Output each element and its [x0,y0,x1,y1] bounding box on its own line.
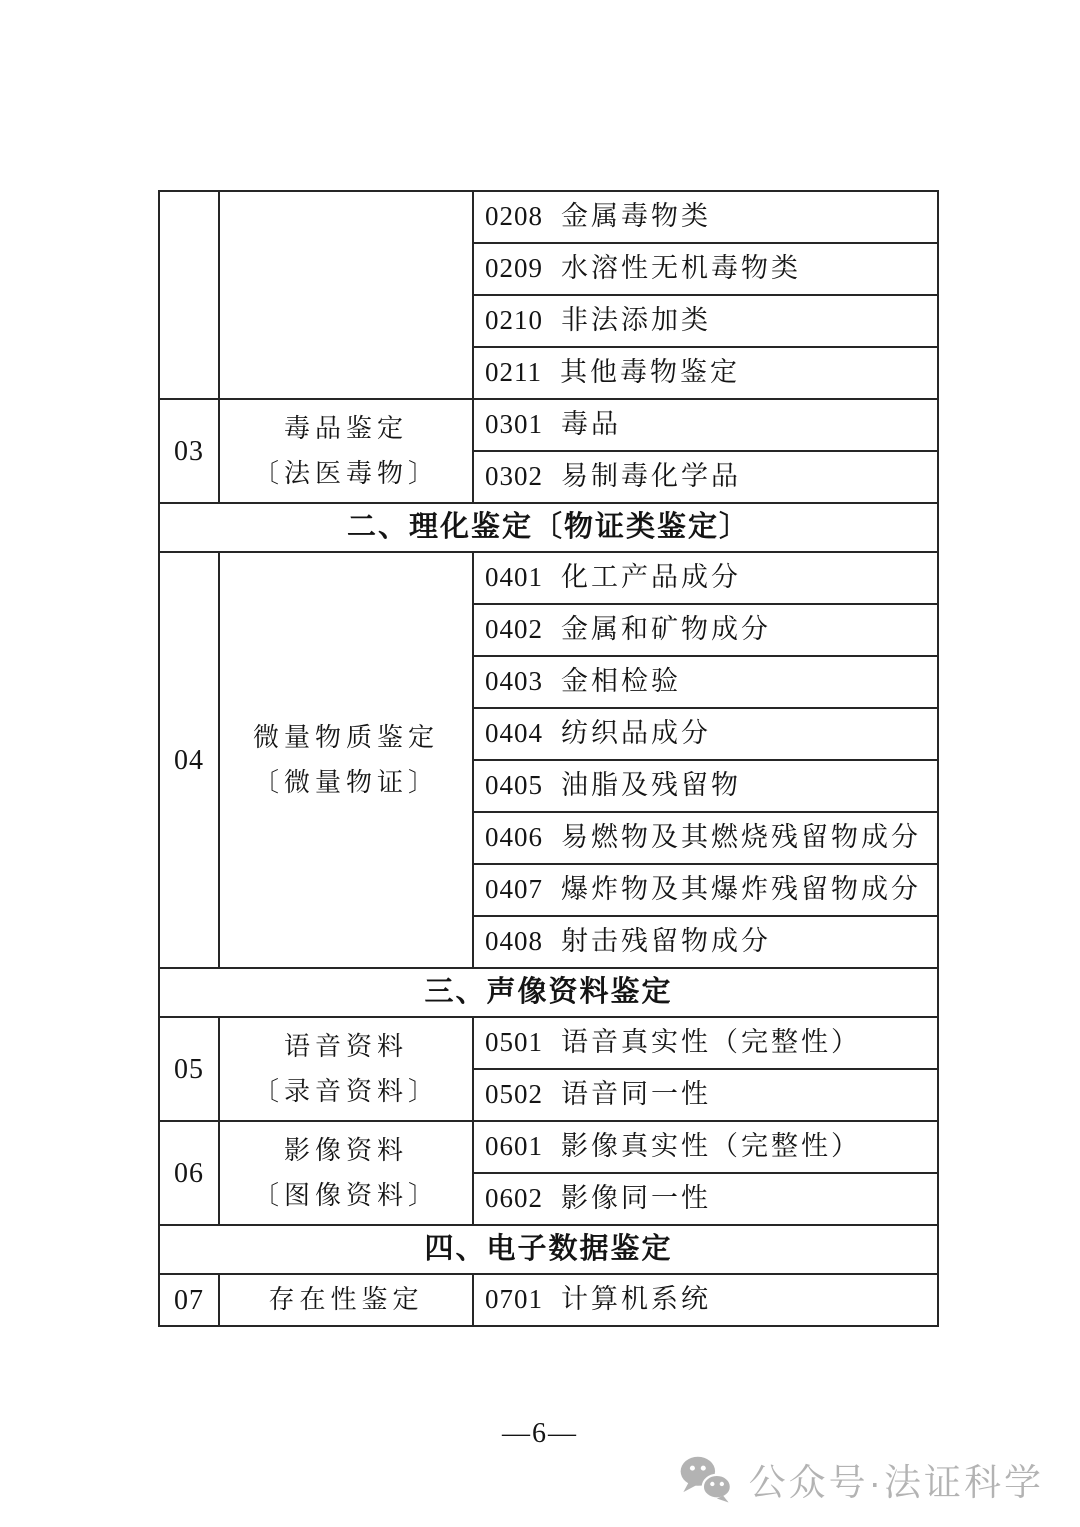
item-label: 金属和矿物成分 [561,614,771,644]
group-category-cell: 语音资料 〔录音资料〕 [219,1017,473,1121]
table-row: 0208金属毒物类 [159,191,938,243]
group-index-cell: 04 [159,552,219,968]
wechat-icon [677,1455,735,1503]
item-label: 影像真实性（完整性） [561,1131,861,1161]
item-label: 影像同一性 [561,1183,711,1213]
category-line: 影像资料 [220,1128,472,1174]
code-cell: 0501语音真实性（完整性） [473,1017,938,1069]
code-cell: 0406易燃物及其燃烧残留物成分 [473,812,938,864]
item-label: 化工产品成分 [561,562,741,592]
code-cell: 0301毒品 [473,399,938,451]
item-label: 语音同一性 [561,1079,711,1109]
item-label: 易制毒化学品 [561,461,741,491]
code-cell: 0601影像真实性（完整性） [473,1121,938,1173]
code-cell: 0701计算机系统 [473,1274,938,1326]
item-code: 0407 [485,873,543,907]
watermark: 公众号·法证科学 [677,1452,1044,1506]
code-cell: 0403金相检验 [473,656,938,708]
category-line: 微量物质鉴定 [220,715,472,761]
item-label: 非法添加类 [561,305,711,335]
item-code: 0302 [485,460,543,494]
item-label: 射击残留物成分 [561,926,771,956]
table-row: 05 语音资料 〔录音资料〕 0501语音真实性（完整性） [159,1017,938,1069]
page-number: —6— [0,1418,1080,1450]
item-code: 0701 [485,1283,543,1317]
continuation-category-cell [219,191,473,399]
code-cell: 0401化工产品成分 [473,552,938,604]
item-code: 0210 [485,304,543,338]
code-cell: 0210非法添加类 [473,295,938,347]
item-code: 0404 [485,717,543,751]
group-index-cell: 05 [159,1017,219,1121]
item-code: 0601 [485,1130,543,1164]
item-code: 0401 [485,561,543,595]
category-line: 〔录音资料〕 [220,1069,472,1115]
group-index-cell: 06 [159,1121,219,1225]
item-label: 计算机系统 [561,1284,711,1314]
code-cell: 0402金属和矿物成分 [473,604,938,656]
item-code: 0208 [485,200,543,234]
item-code: 0209 [485,252,543,286]
code-cell: 0404纺织品成分 [473,708,938,760]
category-line: 〔微量物证〕 [220,760,472,806]
item-code: 0502 [485,1078,543,1112]
item-label: 爆炸物及其爆炸残留物成分 [561,874,921,904]
section-header-row: 四、电子数据鉴定 [159,1225,938,1274]
item-label: 易燃物及其燃烧残留物成分 [561,822,921,852]
group-category-cell: 影像资料 〔图像资料〕 [219,1121,473,1225]
watermark-text: 公众号·法证科学 [749,1452,1044,1506]
table-row: 06 影像资料 〔图像资料〕 0601影像真实性（完整性） [159,1121,938,1173]
code-cell: 0502语音同一性 [473,1069,938,1121]
code-cell: 0405油脂及残留物 [473,760,938,812]
code-cell: 0211其他毒物鉴定 [473,347,938,399]
item-label: 毒品 [561,409,621,439]
table-row: 03 毒品鉴定 〔法医毒物〕 0301毒品 [159,399,938,451]
group-category-cell: 毒品鉴定 〔法医毒物〕 [219,399,473,503]
item-label: 油脂及残留物 [561,770,741,800]
table-row: 07 存在性鉴定 0701计算机系统 [159,1274,938,1326]
code-cell: 0408射击残留物成分 [473,916,938,968]
item-code: 0406 [485,821,543,855]
item-code: 0501 [485,1026,543,1060]
group-index-cell: 03 [159,399,219,503]
section-header-row: 二、理化鉴定〔物证类鉴定〕 [159,503,938,552]
code-cell: 0602影像同一性 [473,1173,938,1225]
category-line: 存在性鉴定 [220,1277,472,1323]
item-code: 0301 [485,408,543,442]
code-cell: 0302易制毒化学品 [473,451,938,503]
group-category-cell: 存在性鉴定 [219,1274,473,1326]
continuation-index-cell [159,191,219,399]
item-code: 0602 [485,1182,543,1216]
item-code: 0405 [485,769,543,803]
section-header: 三、声像资料鉴定 [159,968,938,1017]
code-cell: 0208金属毒物类 [473,191,938,243]
item-label: 金相检验 [561,666,681,696]
code-cell: 0209水溶性无机毒物类 [473,243,938,295]
item-code: 0211 [485,356,542,390]
table-row: 04 微量物质鉴定 〔微量物证〕 0401化工产品成分 [159,552,938,604]
section-header: 四、电子数据鉴定 [159,1225,938,1274]
item-label: 其他毒物鉴定 [560,357,740,387]
item-code: 0402 [485,613,543,647]
item-code: 0403 [485,665,543,699]
document-page: 0208金属毒物类 0209水溶性无机毒物类 0210非法添加类 0211其他毒… [0,0,1080,1527]
item-code: 0408 [485,925,543,959]
section-header: 二、理化鉴定〔物证类鉴定〕 [159,503,938,552]
item-label: 水溶性无机毒物类 [561,253,801,283]
category-line: 〔图像资料〕 [220,1173,472,1219]
section-header-row: 三、声像资料鉴定 [159,968,938,1017]
group-category-cell: 微量物质鉴定 〔微量物证〕 [219,552,473,968]
category-line: 毒品鉴定 [220,406,472,452]
group-index-cell: 07 [159,1274,219,1326]
classification-table: 0208金属毒物类 0209水溶性无机毒物类 0210非法添加类 0211其他毒… [158,190,939,1327]
category-line: 〔法医毒物〕 [220,451,472,497]
category-line: 语音资料 [220,1024,472,1070]
item-label: 纺织品成分 [561,718,711,748]
item-label: 语音真实性（完整性） [561,1027,861,1057]
code-cell: 0407爆炸物及其爆炸残留物成分 [473,864,938,916]
item-label: 金属毒物类 [561,201,711,231]
